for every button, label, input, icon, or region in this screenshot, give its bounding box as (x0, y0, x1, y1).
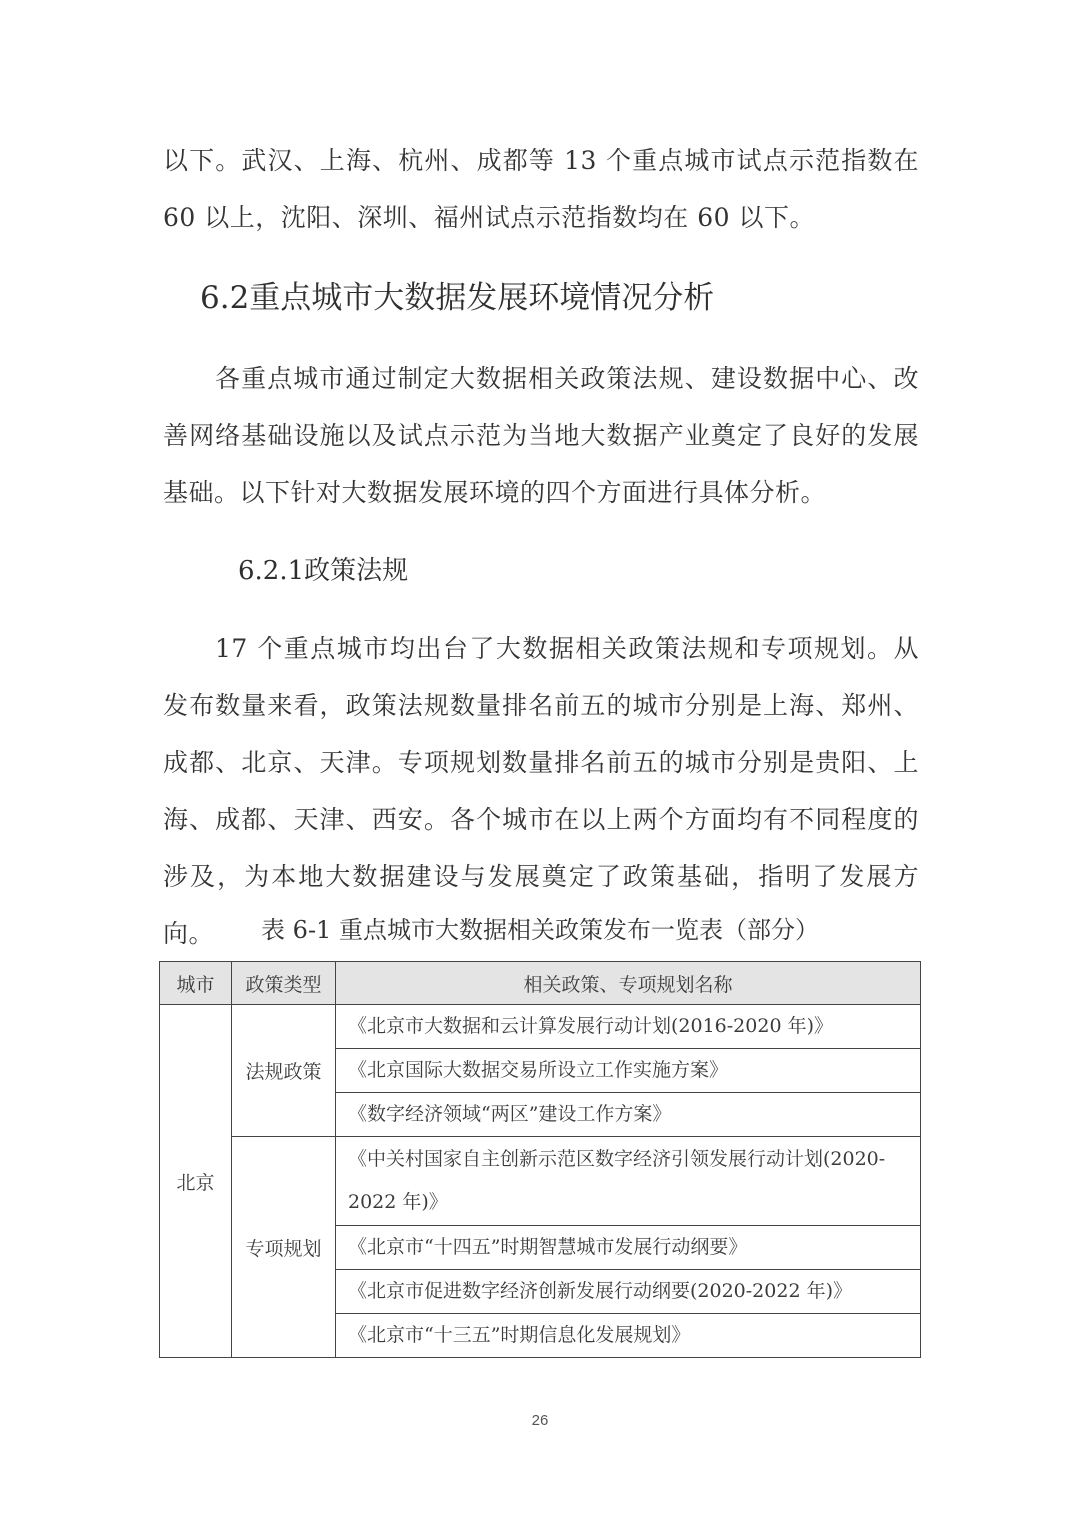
intro-paragraph: 以下。武汉、上海、杭州、成都等 13 个重点城市试点示范指数在 60 以上，沈阳… (163, 132, 919, 246)
table-header-row: 城市 政策类型 相关政策、专项规划名称 (160, 962, 921, 1005)
header-policy-type: 政策类型 (232, 962, 336, 1005)
section-heading: 6.2重点城市大数据发展环境情况分析 (200, 270, 714, 326)
policy-table: 城市 政策类型 相关政策、专项规划名称 北京 法规政策 《北京市大数据和云计算发… (159, 961, 921, 1358)
city-cell: 北京 (160, 1005, 232, 1358)
header-city: 城市 (160, 962, 232, 1005)
policy-type-cell: 法规政策 (232, 1005, 336, 1137)
policy-name-cell: 《北京市大数据和云计算发展行动计划(2016-2020 年)》 (336, 1005, 921, 1049)
subsection-heading: 6.2.1政策法规 (238, 545, 408, 597)
table-row: 专项规划 《中关村国家自主创新示范区数字经济引领发展行动计划(2020-2022… (160, 1137, 921, 1226)
table-caption: 表 6-1 重点城市大数据相关政策发布一览表（部分） (0, 908, 1080, 952)
header-policy-name: 相关政策、专项规划名称 (336, 962, 921, 1005)
section-paragraph: 各重点城市通过制定大数据相关政策法规、建设数据中心、改善网络基础设施以及试点示范… (163, 350, 919, 521)
policy-name-cell: 《北京市促进数字经济创新发展行动纲要(2020-2022 年)》 (336, 1270, 921, 1314)
policy-name-cell: 《中关村国家自主创新示范区数字经济引领发展行动计划(2020-2022 年)》 (336, 1137, 921, 1226)
policy-type-cell: 专项规划 (232, 1137, 336, 1358)
policy-name-cell: 《数字经济领域“两区”建设工作方案》 (336, 1093, 921, 1137)
policy-name-cell: 《北京市“十三五”时期信息化发展规划》 (336, 1314, 921, 1358)
policy-name-cell: 《北京市“十四五”时期智慧城市发展行动纲要》 (336, 1226, 921, 1270)
page-number: 26 (0, 1412, 1080, 1429)
policy-name-cell: 《北京国际大数据交易所设立工作实施方案》 (336, 1049, 921, 1093)
table-row: 北京 法规政策 《北京市大数据和云计算发展行动计划(2016-2020 年)》 (160, 1005, 921, 1049)
